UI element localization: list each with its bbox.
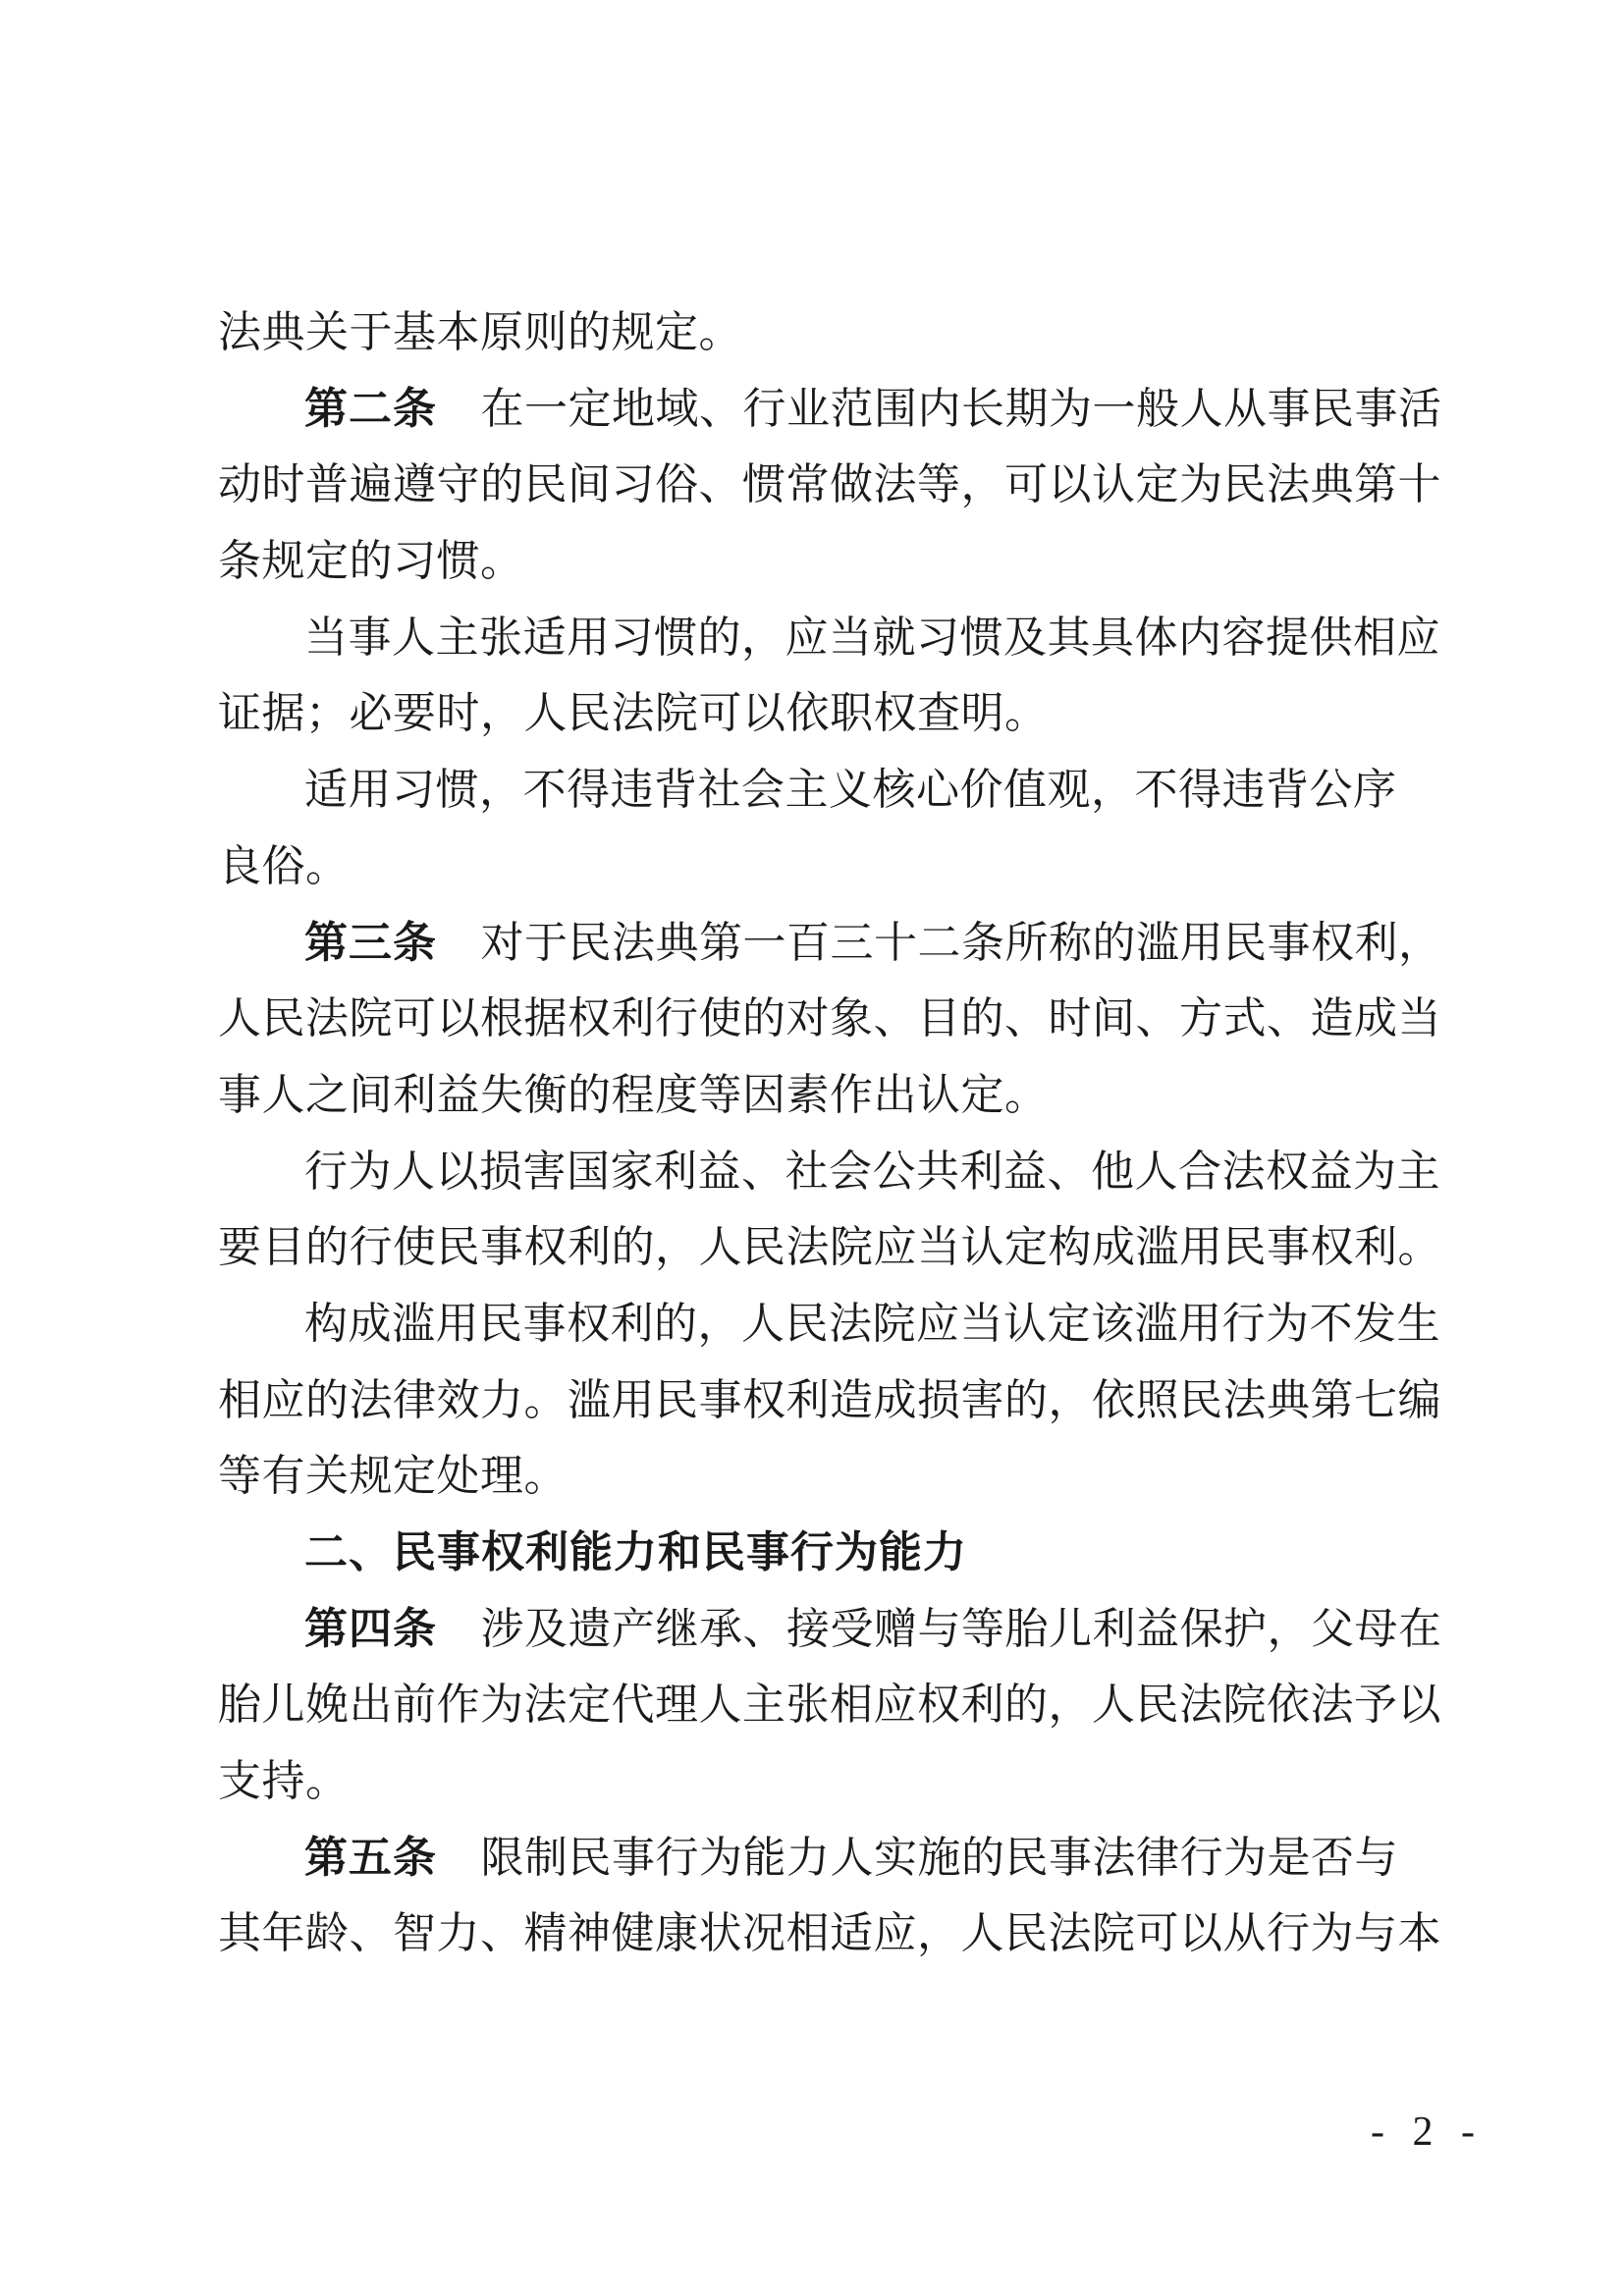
body-text: 良俗。 (218, 842, 350, 890)
body-text: 涉及遗产继承、接受赠与等胎儿利益保护，父母在 (437, 1605, 1442, 1653)
body-text: 条规定的习惯。 (218, 537, 524, 585)
page-number: - 2 - (1371, 2109, 1489, 2156)
article-number: 第四条 (304, 1605, 437, 1653)
body-text: 法典关于基本原则的规定。 (218, 308, 742, 356)
body-text: 构成滥用民事权利的，人民法院应当认定该滥用行为不发生 (304, 1300, 1440, 1348)
text-line: 事人之间利益失衡的程度等因素作出认定。 (218, 1057, 1465, 1134)
text-line: 当事人主张适用习惯的，应当就习惯及其具体内容提供相应 (218, 600, 1465, 676)
body-text: 胎儿娩出前作为法定代理人主张相应权利的，人民法院依法予以 (218, 1681, 1441, 1729)
body-text: 支持。 (218, 1757, 350, 1805)
text-line: 第三条 对于民法典第一百三十二条所称的滥用民事权利， (218, 905, 1465, 982)
body-text: 其年龄、智力、精神健康状况相适应，人民法院可以从行为与本 (218, 1909, 1441, 1957)
text-line: 第四条 涉及遗产继承、接受赠与等胎儿利益保护，父母在 (218, 1591, 1465, 1668)
body-text: 人民法院可以根据权利行使的对象、目的、时间、方式、造成当 (218, 994, 1441, 1042)
body-text: 限制民事行为能力人实施的民事法律行为是否与 (437, 1834, 1398, 1882)
body-text: 证据；必要时，人民法院可以依职权查明。 (218, 689, 1049, 737)
body-text: 要目的行使民事权利的，人民法院应当认定构成滥用民事权利。 (218, 1223, 1441, 1271)
body-text: 适用习惯，不得违背社会主义核心价值观，不得违背公序 (304, 766, 1397, 814)
body-text: 对于民法典第一百三十二条所称的滥用民事权利， (437, 919, 1442, 967)
text-line: 第五条 限制民事行为能力人实施的民事法律行为是否与 (218, 1820, 1465, 1896)
text-line: 要目的行使民事权利的，人民法院应当认定构成滥用民事权利。 (218, 1209, 1465, 1286)
text-line: 胎儿娩出前作为法定代理人主张相应权利的，人民法院依法予以 (218, 1667, 1465, 1743)
section-heading-line: 二、民事权利能力和民事行为能力 (218, 1515, 1465, 1591)
document-text-block: 法典关于基本原则的规定。第二条 在一定地域、行业范围内长期为一般人从事民事活动时… (218, 294, 1465, 1972)
text-line: 条规定的习惯。 (218, 523, 1465, 600)
body-text: 当事人主张适用习惯的，应当就习惯及其具体内容提供相应 (304, 614, 1440, 662)
text-line: 构成滥用民事权利的，人民法院应当认定该滥用行为不发生 (218, 1286, 1465, 1362)
body-text: 行为人以损害国家利益、社会公共利益、他人合法权益为主 (304, 1148, 1440, 1196)
text-line: 动时普遍遵守的民间习俗、惯常做法等，可以认定为民法典第十 (218, 447, 1465, 523)
text-line: 支持。 (218, 1743, 1465, 1820)
body-text: 动时普遍遵守的民间习俗、惯常做法等，可以认定为民法典第十 (218, 460, 1441, 508)
text-line: 人民法院可以根据权利行使的对象、目的、时间、方式、造成当 (218, 981, 1465, 1057)
heading-text: 二、民事权利能力和民事行为能力 (304, 1528, 967, 1576)
body-text: 相应的法律效力。滥用民事权利造成损害的，依照民法典第七编 (218, 1376, 1441, 1424)
text-line: 相应的法律效力。滥用民事权利造成损害的，依照民法典第七编 (218, 1362, 1465, 1439)
text-line: 第二条 在一定地域、行业范围内长期为一般人从事民事活 (218, 371, 1465, 448)
document-page: 法典关于基本原则的规定。第二条 在一定地域、行业范围内长期为一般人从事民事活动时… (0, 0, 1624, 2296)
text-line: 等有关规定处理。 (218, 1438, 1465, 1515)
article-number: 第三条 (304, 919, 437, 967)
text-line: 适用习惯，不得违背社会主义核心价值观，不得违背公序 (218, 752, 1465, 828)
text-line: 法典关于基本原则的规定。 (218, 294, 1465, 371)
article-number: 第二条 (304, 385, 437, 433)
body-text: 事人之间利益失衡的程度等因素作出认定。 (218, 1071, 1049, 1119)
text-line: 证据；必要时，人民法院可以依职权查明。 (218, 675, 1465, 752)
body-text: 在一定地域、行业范围内长期为一般人从事民事活 (437, 385, 1442, 433)
text-line: 良俗。 (218, 828, 1465, 905)
article-number: 第五条 (304, 1834, 437, 1882)
text-line: 其年龄、智力、精神健康状况相适应，人民法院可以从行为与本 (218, 1896, 1465, 1972)
body-text: 等有关规定处理。 (218, 1452, 568, 1500)
text-line: 行为人以损害国家利益、社会公共利益、他人合法权益为主 (218, 1134, 1465, 1210)
